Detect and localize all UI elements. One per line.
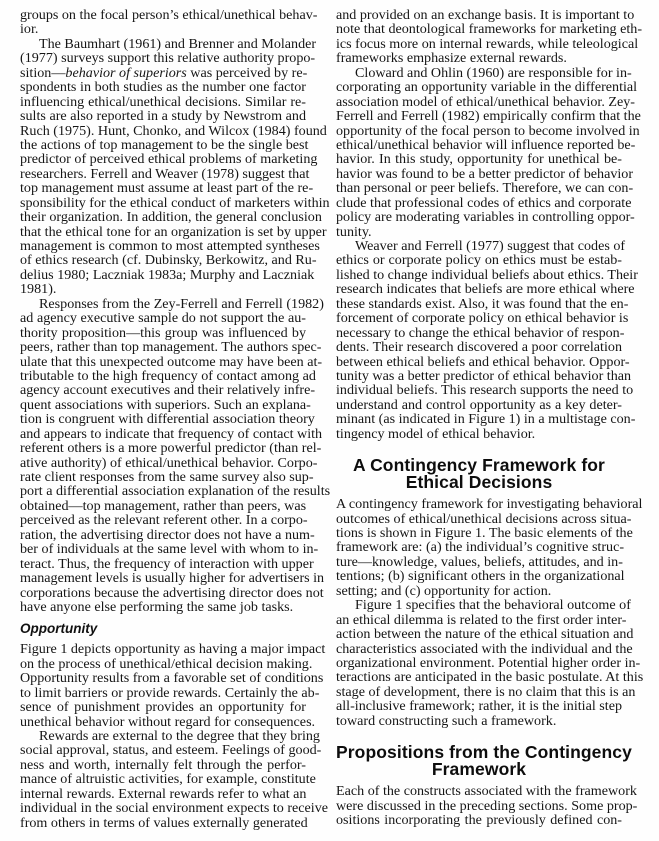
text-line: Figure 1 depicts opportunity as having a… <box>20 642 306 656</box>
text-line: ad agency executive sample do not suppor… <box>20 311 306 325</box>
document-page: groups on the focal person’s ethical/une… <box>0 0 659 841</box>
text-line: Ruch (1975). Hunt, Chonko, and Wilcox (1… <box>20 124 306 138</box>
text-line: tunity was a better predictor of ethical… <box>336 369 622 383</box>
text-line: individual in the social environment exp… <box>20 801 306 815</box>
text-line: characteristics associated with the indi… <box>336 642 622 656</box>
text-line: ositions incorporating the previously de… <box>336 813 622 827</box>
text-line: ethics or corporate policy on ethics mus… <box>336 253 622 267</box>
text-line: Weaver and Ferrell (1977) suggest that c… <box>336 239 622 253</box>
text-line: Figure 1 specifies that the behavioral o… <box>336 598 622 612</box>
text-line: mance of altruistic activities, for exam… <box>20 772 306 786</box>
section-heading-propositions: Propositions from the Contingency Framew… <box>336 744 622 778</box>
section-heading-contingency-framework: A Contingency Framework for Ethical Deci… <box>336 457 622 491</box>
text-line: toward constructing such a framework. <box>336 714 622 728</box>
text-line: necessary to change the ethical behavior… <box>336 326 622 340</box>
text-line: of ethics research (cf. Dubinsky, Berkow… <box>20 253 306 267</box>
text-line: thority proposition—this group was influ… <box>20 326 306 340</box>
text-line: research indicates that beliefs are more… <box>336 282 622 296</box>
text-line: ness and worth, internally felt through … <box>20 758 306 772</box>
text-line: teractions are anticipated in the basic … <box>336 670 622 684</box>
text-line: ration, the advertising director does no… <box>20 528 306 542</box>
text-line: frameworks emphasize external rewards. <box>336 51 622 65</box>
text-line: delius 1980; Laczniak 1983a; Murphy and … <box>20 268 306 282</box>
text-line: policy are moderating variables in contr… <box>336 210 622 224</box>
text-line: forcement of corporate policy on ethical… <box>336 311 622 325</box>
text-line: minant (as indicated in Figure 1) in a m… <box>336 412 622 426</box>
text-line: teract. Thus, the frequency of interacti… <box>20 557 306 571</box>
paragraph: The Baumhart (1961) and Brenner and Mola… <box>20 37 306 297</box>
text-line: tingency model of ethical behavior. <box>336 427 622 441</box>
text-line: sults are also reported in a study by Ne… <box>20 109 306 123</box>
text-line: Responses from the Zey-Ferrell and Ferre… <box>20 297 306 311</box>
text-line: ics focus more on internal rewards, whil… <box>336 37 622 51</box>
text-line: from others in terms of values externall… <box>20 816 306 830</box>
text-line: spondents in both studies as the number … <box>20 80 306 94</box>
text-line: individual beliefs. This research suppor… <box>336 383 622 397</box>
paragraph: groups on the focal person’s ethical/une… <box>20 8 306 37</box>
text-line: (1977) surveys support this relative aut… <box>20 51 306 65</box>
text-line: outcomes of ethical/unethical decisions … <box>336 512 622 526</box>
text-line: Ferrell and Ferrell (1982) empirically c… <box>336 109 622 123</box>
text-line: ber of individuals at the same level wit… <box>20 542 306 556</box>
text-line: framework are: (a) the individual’s cogn… <box>336 540 622 554</box>
text-line: to limit barriers or provide rewards. Ce… <box>20 686 306 700</box>
text-line: on the process of unethical/ethical deci… <box>20 657 306 671</box>
text-line: quent associations with superiors. Such … <box>20 398 306 412</box>
text-line: ture—knowledge, values, beliefs, attitud… <box>336 555 622 569</box>
text-line: sence of punishment provides an opportun… <box>20 700 306 714</box>
paragraph: Cloward and Ohlin (1960) are responsible… <box>336 66 622 239</box>
text-line: tentions; (b) significant others in the … <box>336 569 622 583</box>
right-column: and provided on an exchange basis. It is… <box>336 8 622 827</box>
text-line: researchers. Ferrell and Weaver (1978) s… <box>20 167 306 181</box>
text-line: corporating an opportunity variable in t… <box>336 80 622 94</box>
text-line: organizational environment. Potential hi… <box>336 656 622 670</box>
text-line: their organization. In addition, the gen… <box>20 210 306 224</box>
text-line: these standards exist. Also, it was foun… <box>336 297 622 311</box>
text-line: management is common to most attempted s… <box>20 239 306 253</box>
text-line: an ethical dilemma is related to the fir… <box>336 613 622 627</box>
text-line: The Baumhart (1961) and Brenner and Mola… <box>20 37 306 51</box>
text-line: setting; and (c) opportunity for action. <box>336 584 622 598</box>
text-line: predictor of perceived ethical problems … <box>20 152 306 166</box>
text-line: management levels is usually higher for … <box>20 571 306 585</box>
text-line: ethical/unethical behavior will influenc… <box>336 138 622 152</box>
paragraph: A contingency framework for investigatin… <box>336 497 622 598</box>
paragraph: Weaver and Ferrell (1977) suggest that c… <box>336 239 622 441</box>
paragraph: Figure 1 depicts opportunity as having a… <box>20 642 306 729</box>
paragraph: Figure 1 specifies that the behavioral o… <box>336 598 622 728</box>
text-line: rate client responses from the same surv… <box>20 470 306 484</box>
paragraph: Each of the constructs associated with t… <box>336 784 622 827</box>
text-line: A contingency framework for investigatin… <box>336 497 622 511</box>
paragraph: Rewards are external to the degree that … <box>20 729 306 830</box>
text-line: were discussed in the preceding sections… <box>336 799 622 813</box>
left-column: groups on the focal person’s ethical/une… <box>20 8 306 830</box>
paragraph: and provided on an exchange basis. It is… <box>336 8 622 66</box>
text-line: tunity. <box>336 225 622 239</box>
text-line: groups on the focal person’s ethical/une… <box>20 8 306 22</box>
text-line: opportunity of the focal person to becom… <box>336 124 622 138</box>
heading-line: Framework <box>336 761 622 778</box>
text-line: stage of development, there is no claim … <box>336 685 622 699</box>
text-line: the actions of top management to be the … <box>20 138 306 152</box>
text-line: social approval, status, and esteem. Fee… <box>20 743 306 757</box>
text-line: ative authority) of ethical/unethical be… <box>20 456 306 470</box>
text-line: influencing ethical/unethical decisions.… <box>20 95 306 109</box>
text-line: clude that professional codes of ethics … <box>336 196 622 210</box>
text-line: obtained—top management, rather than pee… <box>20 499 306 513</box>
text-line: lished to change individual beliefs abou… <box>336 268 622 282</box>
subheading-opportunity: Opportunity <box>20 620 306 638</box>
text-line: understand and control opportunity as a … <box>336 398 622 412</box>
text-line: Opportunity results from a favorable set… <box>20 671 306 685</box>
text-line: top management must assume at least part… <box>20 181 306 195</box>
text-line: have anyone else performing the same job… <box>20 600 306 614</box>
text-line: all-inclusive framework; rather, it is t… <box>336 699 622 713</box>
text-line: and appears to indicate that frequency o… <box>20 427 306 441</box>
text-line: note that deontological frameworks for m… <box>336 22 622 36</box>
text-line: sponsibility for the ethical conduct of … <box>20 196 306 210</box>
text-line: dents. Their research discovered a poor … <box>336 340 622 354</box>
text-line: corporations because the advertising dir… <box>20 586 306 600</box>
text-line: and provided on an exchange basis. It is… <box>336 8 622 22</box>
text-line: tion is congruent with differential asso… <box>20 412 306 426</box>
paragraph: Responses from the Zey-Ferrell and Ferre… <box>20 297 306 615</box>
text-line: unethical behavior without regard for co… <box>20 715 306 729</box>
text-line: than personal or peer beliefs. Therefore… <box>336 181 622 195</box>
text-line: that the ethical tone for an organizatio… <box>20 225 306 239</box>
text-line: Cloward and Ohlin (1960) are responsible… <box>336 66 622 80</box>
heading-line: Ethical Decisions <box>336 474 622 491</box>
text-line: tions is shown in Figure 1. The basic el… <box>336 526 622 540</box>
text-line: Each of the constructs associated with t… <box>336 784 622 798</box>
text-line: internal rewards. External rewards refer… <box>20 787 306 801</box>
text-line: association model of ethical/unethical b… <box>336 95 622 109</box>
text-line: havior was found to be a better predicto… <box>336 167 622 181</box>
text-line: tributable to the high frequency of cont… <box>20 369 306 383</box>
text-line: havior. In this study, opportunity for u… <box>336 152 622 166</box>
text-line: agency account executives and their rela… <box>20 383 306 397</box>
text-line: Rewards are external to the degree that … <box>20 729 306 743</box>
text-line: sition—behavior of superiors was perceiv… <box>20 66 306 80</box>
text-line: 1981). <box>20 282 306 296</box>
text-line: ulate that this unexpected outcome may h… <box>20 355 306 369</box>
text-line: referent others is a more powerful predi… <box>20 441 306 455</box>
text-line: ior. <box>20 22 306 36</box>
text-line: peers, rather than top management. The a… <box>20 340 306 354</box>
text-line: port a differential association explanat… <box>20 484 306 498</box>
text-line: perceived as the relevant referent other… <box>20 513 306 527</box>
text-line: action between the nature of the ethical… <box>336 627 622 641</box>
text-line: between ethical beliefs and ethical beha… <box>336 355 622 369</box>
